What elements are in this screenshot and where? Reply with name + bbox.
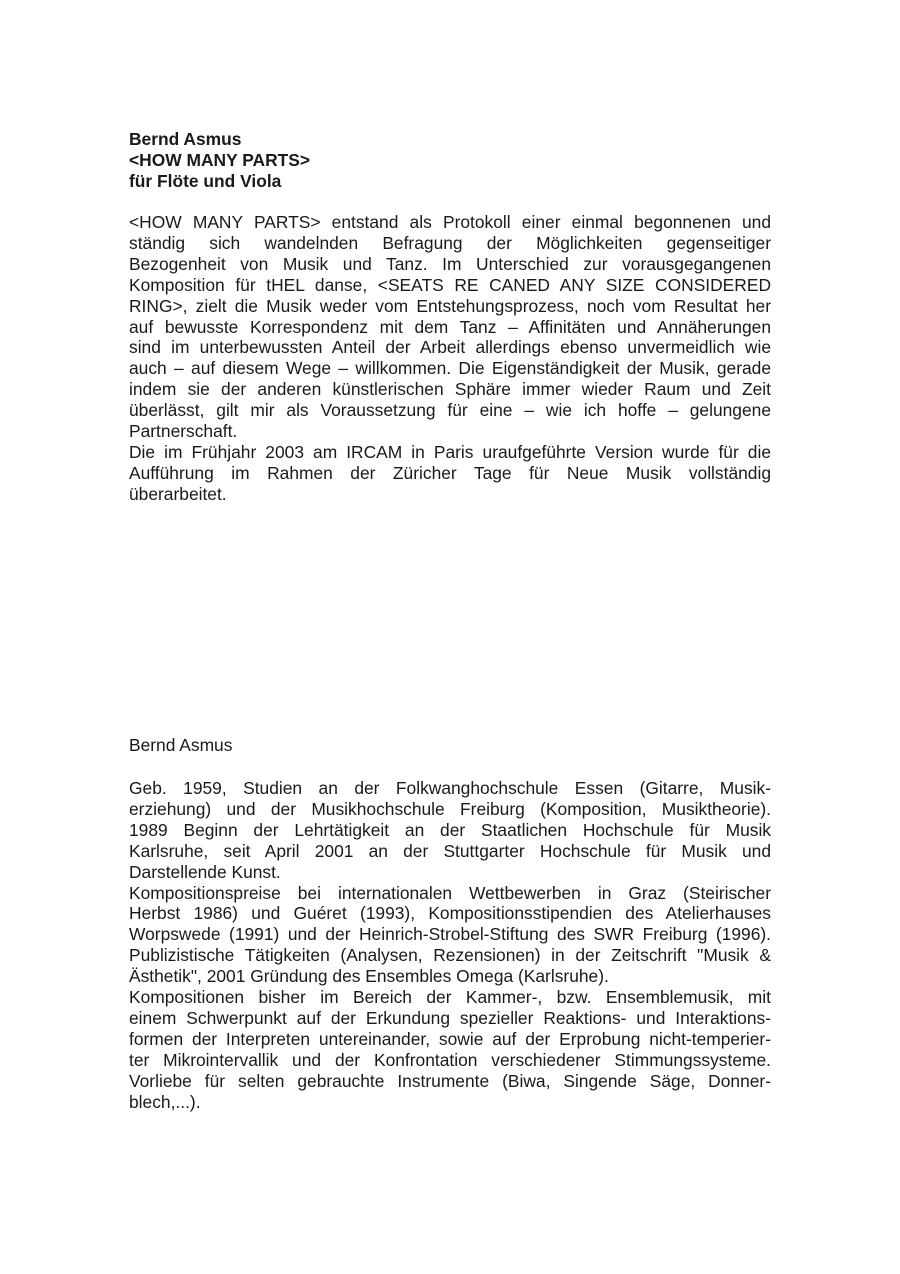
biography-line: einem Schwerpunkt auf der Erkundung spez… — [129, 1008, 771, 1029]
biography-heading: Bernd Asmus — [129, 735, 771, 756]
biography-line: Darstellende Kunst. — [129, 862, 771, 883]
biography-line: erziehung) und der Musikhochschule Freib… — [129, 799, 771, 820]
description-line: <HOW MANY PARTS> entstand als Protokoll … — [129, 212, 771, 233]
biography-line: ter Mikrointervallik und der Konfrontati… — [129, 1050, 771, 1071]
biography-line: Publizistische Tätigkeiten (Analysen, Re… — [129, 945, 771, 966]
description-line: Partnerschaft. — [129, 421, 771, 442]
biography-line: Kompositionen bisher im Bereich der Kamm… — [129, 987, 771, 1008]
biography-line: Herbst 1986) und Guéret (1993), Komposit… — [129, 903, 771, 924]
work-title: <HOW MANY PARTS> — [129, 150, 771, 171]
description-line: indem sie der anderen künstlerischen Sph… — [129, 379, 771, 400]
description-line: Die im Frühjahr 2003 am IRCAM in Paris u… — [129, 442, 771, 463]
description-line: sind im unterbewussten Anteil der Arbeit… — [129, 337, 771, 358]
biography-line: Geb. 1959, Studien an der Folkwanghochsc… — [129, 778, 771, 799]
description-line: RING>, zielt die Musik weder vom Entsteh… — [129, 296, 771, 317]
document-header: Bernd Asmus <HOW MANY PARTS> für Flöte u… — [129, 129, 771, 192]
description-line: Aufführung im Rahmen der Züricher Tage f… — [129, 463, 771, 484]
description-line: ständig sich wandelnden Befragung der Mö… — [129, 233, 771, 254]
description-line: Bezogenheit von Musik und Tanz. Im Unter… — [129, 254, 771, 275]
biography-line: Ästhetik", 2001 Gründung des Ensembles O… — [129, 966, 771, 987]
biography-title: Bernd Asmus — [129, 735, 771, 756]
biography-line: Vorliebe für selten gebrauchte Instrumen… — [129, 1071, 771, 1092]
description-line: überarbeitet. — [129, 484, 771, 505]
biography-text: Geb. 1959, Studien an der Folkwanghochsc… — [129, 778, 771, 1113]
biography-line: Worpswede (1991) und der Heinrich-Strobe… — [129, 924, 771, 945]
biography-line: 1989 Beginn der Lehrtätigkeit an der Sta… — [129, 820, 771, 841]
description-line: auf bewusste Korrespondenz mit dem Tanz … — [129, 317, 771, 338]
biography-line: Karlsruhe, seit April 2001 an der Stuttg… — [129, 841, 771, 862]
author-name: Bernd Asmus — [129, 129, 771, 150]
description-line: auch – auf diesem Wege – willkommen. Die… — [129, 358, 771, 379]
description-line: Komposition für tHEL danse, <SEATS RE CA… — [129, 275, 771, 296]
biography-line: formen der Interpreten untereinander, so… — [129, 1029, 771, 1050]
work-description: <HOW MANY PARTS> entstand als Protokoll … — [129, 212, 771, 505]
biography-line: blech,...). — [129, 1092, 771, 1113]
description-line: überlässt, gilt mir als Voraussetzung fü… — [129, 400, 771, 421]
biography-line: Kompositionspreise bei internationalen W… — [129, 883, 771, 904]
instrumentation: für Flöte und Viola — [129, 171, 771, 192]
